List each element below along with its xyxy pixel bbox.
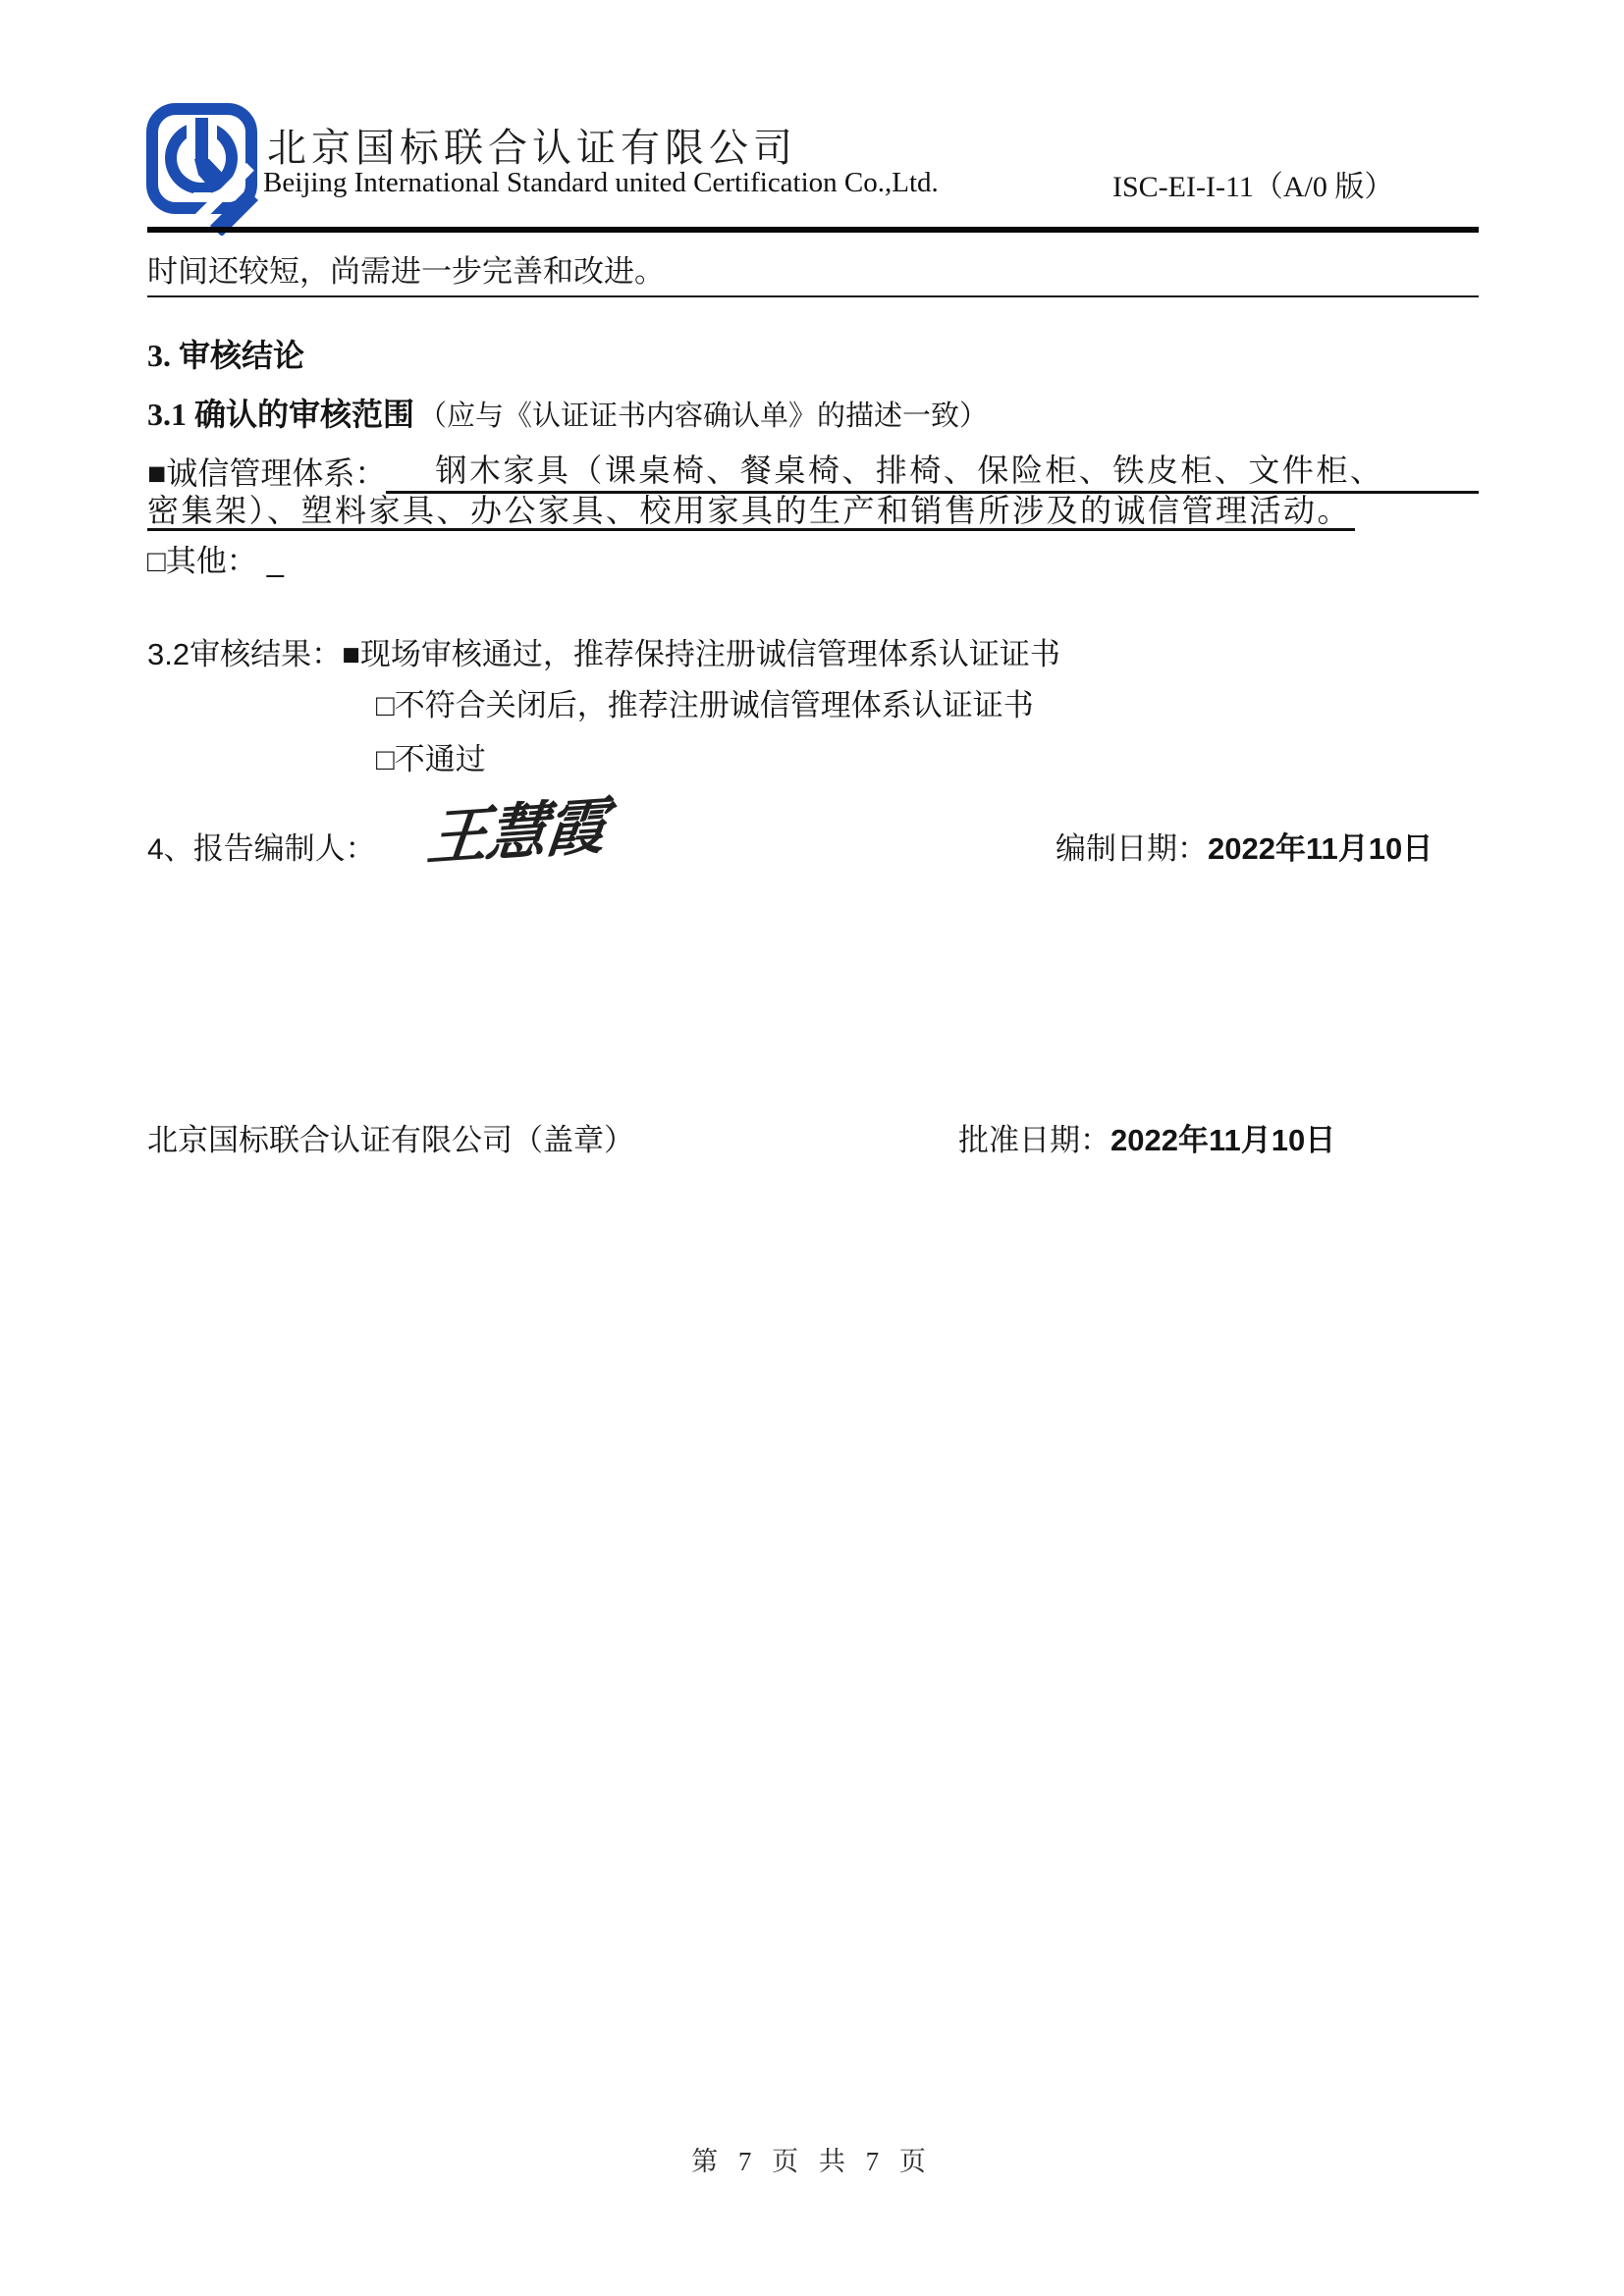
document-code: ISC-EI-I-11（A/0 版） (1112, 162, 1393, 205)
checkbox-empty-icon: □ (147, 543, 166, 580)
result-option-2: 不符合关闭后，推荐注册诚信管理体系认证证书 (395, 688, 1034, 722)
audit-result-line-2: □不符合关闭后，推荐注册诚信管理体系认证证书 (376, 687, 1034, 724)
writer-number: 4、 (147, 833, 193, 866)
section3-title: 3. 审核结论 (147, 337, 304, 374)
audit-result-line-3: □不通过 (376, 741, 486, 778)
document-page: 北京国标联合认证有限公司 Beijing International Stand… (0, 0, 1624, 2296)
section32-number: 3.2 (147, 637, 189, 671)
checkbox-empty-icon: □ (376, 687, 395, 724)
scope-text-2: 密集架）、塑料家具、办公家具、校用家具的生产和销售所涉及的诚信管理活动。 (147, 493, 1355, 531)
section31-heading-bold: 3.1 确认的审核范围 (147, 397, 414, 432)
other-option-line: □其他：_ (147, 543, 284, 580)
other-value: _ (267, 544, 284, 578)
company-name-cn: 北京国标联合认证有限公司 (267, 117, 797, 173)
compile-date-line: 编制日期：2022年11月10日 (1056, 830, 1433, 868)
page-number-footer: 第 7 页 共 7 页 (0, 2140, 1624, 2178)
carryover-text-line: 时间还较短，尚需进一步完善和改进。 (147, 253, 1479, 297)
company-name-en: Beijing International Standard united Ce… (263, 167, 939, 199)
approval-company-line: 北京国标联合认证有限公司（盖章） (147, 1122, 634, 1159)
writer-signature: 王慧霞 (423, 776, 609, 877)
checkbox-filled-icon: ■ (342, 636, 360, 673)
checkbox-filled-icon: ■ (147, 455, 166, 492)
scope-line-1: ■诚信管理体系： 钢木家具（课桌椅、餐桌椅、排椅、保险柜、铁皮柜、文件柜、 (147, 446, 1479, 494)
section31-heading: 3.1 确认的审核范围（应与《认证证书内容确认单》的描述一致） (147, 396, 988, 435)
writer-label-text: 报告编制人： (193, 831, 376, 866)
result-option-3: 不通过 (395, 742, 486, 776)
compile-date-label: 编制日期： (1056, 831, 1208, 866)
scope-label: 诚信管理体系： (166, 455, 386, 491)
company-logo-icon (145, 102, 267, 236)
header-divider (147, 227, 1479, 233)
scope-prefix: ■诚信管理体系： (147, 449, 386, 494)
report-writer-line: 4、报告编制人： (147, 830, 376, 869)
audit-result-line-1: 3.2审核结果：■现场审核通过，推荐保持注册诚信管理体系认证证书 (147, 636, 1060, 673)
compile-date-value: 2022年11月10日 (1208, 831, 1433, 866)
scope-text-1: 钢木家具（课桌椅、餐桌椅、排椅、保险柜、铁皮柜、文件柜、 (386, 446, 1479, 494)
result-option-1: 现场审核通过，推荐保持注册诚信管理体系认证证书 (360, 637, 1060, 671)
section32-label: 审核结果： (189, 637, 342, 671)
section31-heading-note: （应与《认证证书内容确认单》的描述一致） (418, 400, 988, 432)
approval-date-value: 2022年11月10日 (1110, 1123, 1335, 1157)
checkbox-empty-icon: □ (376, 741, 395, 778)
approval-date-line: 批准日期：2022年11月10日 (958, 1122, 1335, 1159)
scope-line-2: 密集架）、塑料家具、办公家具、校用家具的生产和销售所涉及的诚信管理活动。 (147, 492, 1355, 529)
approval-date-label: 批准日期： (958, 1123, 1110, 1157)
other-label: 其他： (166, 544, 257, 578)
